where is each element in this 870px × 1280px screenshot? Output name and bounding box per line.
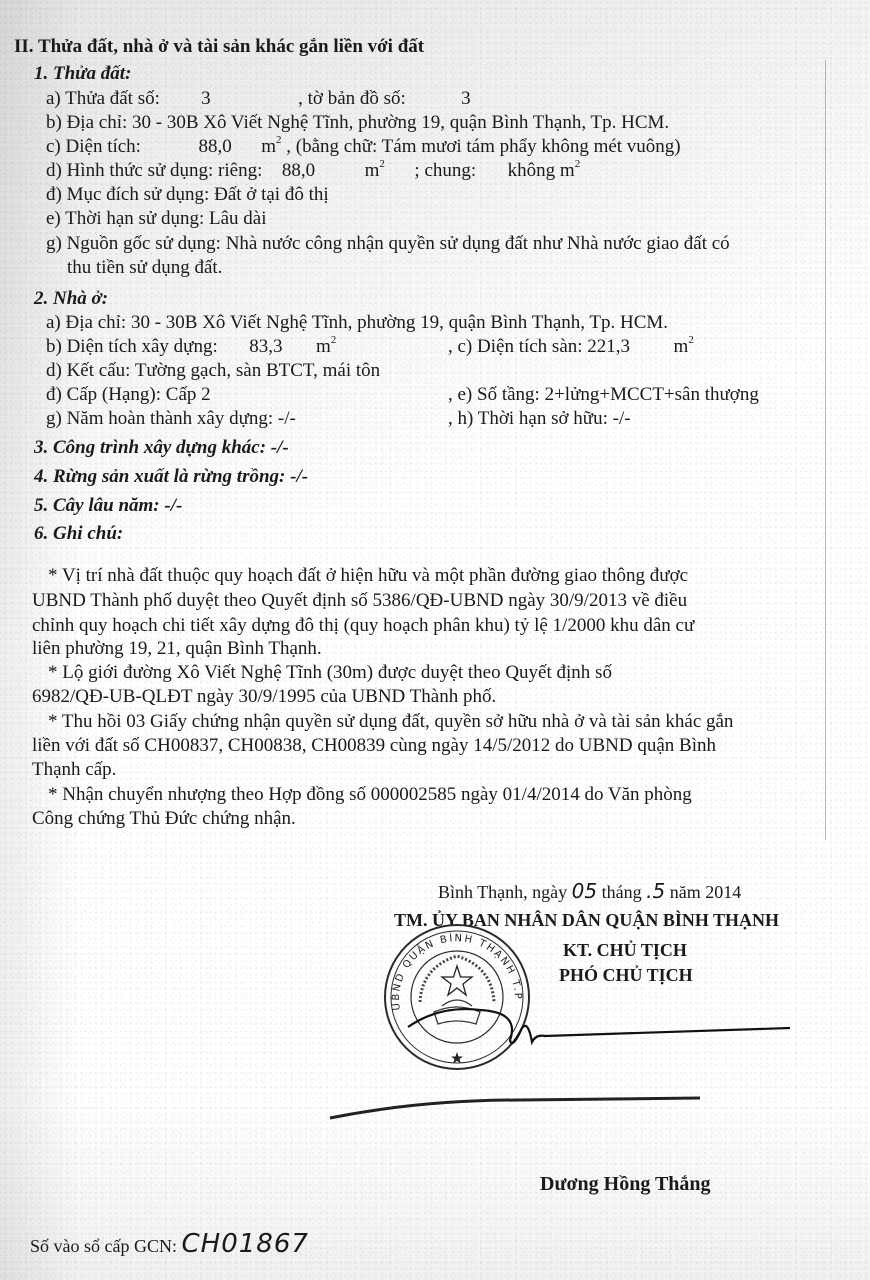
house-floor-area-label: , c) Diện tích sàn: bbox=[448, 336, 583, 357]
house-grade-label: đ) Cấp (Hạng): bbox=[46, 384, 161, 405]
land-address-row: b) Địa chỉ: 30 - 30B Xô Viết Nghệ Tĩnh, … bbox=[46, 112, 669, 134]
land-purpose-row: đ) Mục đích sử dụng: Đất ở tại đô thị bbox=[46, 184, 329, 206]
house-floor-area-unit: m bbox=[674, 336, 689, 357]
land-term-label: e) Thời hạn sử dụng: bbox=[46, 208, 204, 229]
land-area-value: 88,0 bbox=[146, 136, 232, 158]
note-line: * Lộ giới đường Xô Viết Nghệ Tĩnh (30m) … bbox=[48, 662, 612, 684]
land-parcel-label: a) Thửa đất số: bbox=[46, 88, 160, 109]
house-floors-value: 2+lửng+MCCT+sân thượng bbox=[545, 384, 759, 405]
forest-value: -/- bbox=[290, 466, 308, 487]
land-usage-form-label: d) Hình thức sử dụng: riêng: bbox=[46, 160, 262, 181]
registry-label: Số vào sổ cấp GCN: bbox=[30, 1236, 177, 1256]
note-line: chỉnh quy hoạch chi tiết xây dựng đô thị… bbox=[32, 615, 694, 637]
house-ownership-term-row: , h) Thời hạn sở hữu: -/- bbox=[448, 408, 631, 430]
house-completion-row: g) Năm hoàn thành xây dựng: -/- bbox=[46, 408, 296, 430]
house-build-area-label: b) Diện tích xây dựng: bbox=[46, 336, 218, 357]
perennial-row: 5. Cây lâu năm: -/- bbox=[34, 495, 182, 517]
house-floors-row: , e) Số tầng: 2+lửng+MCCT+sân thượng bbox=[448, 384, 759, 406]
house-floors-label: , e) Số tầng: bbox=[448, 384, 540, 405]
notes-heading: 6. Ghi chú: bbox=[34, 523, 123, 545]
perennial-value: -/- bbox=[164, 495, 182, 516]
house-ownership-term-value: -/- bbox=[613, 408, 631, 429]
land-purpose-value: Đất ở tại đô thị bbox=[214, 184, 329, 205]
date-month: .5 bbox=[646, 879, 665, 903]
house-structure-value: Tường gạch, sàn BTCT, mái tôn bbox=[135, 360, 380, 381]
signer-role-2: PHÓ CHỦ TỊCH bbox=[559, 964, 693, 986]
registry-row: Số vào sổ cấp GCN: CH01867 bbox=[30, 1233, 309, 1257]
note-line: * Vị trí nhà đất thuộc quy hoạch đất ở h… bbox=[48, 565, 688, 587]
note-line: liền với đất số CH00837, CH00838, CH0083… bbox=[32, 735, 716, 757]
date-day: 05 bbox=[572, 879, 597, 903]
land-private-unit: m bbox=[365, 160, 380, 181]
other-construction-value: -/- bbox=[271, 437, 289, 458]
forest-heading: 4. Rừng sản xuất là rừng trồng: bbox=[34, 466, 285, 487]
land-private-value: 88,0 bbox=[267, 160, 315, 182]
land-origin-value: Nhà nước công nhận quyền sử dụng đất như… bbox=[226, 233, 730, 254]
note-line: 6982/QĐ-UB-QLĐT ngày 30/9/1995 của UBND … bbox=[32, 686, 496, 708]
place-date: Bình Thạnh, ngày 05 tháng .5 năm 2014 bbox=[438, 880, 741, 903]
note-line: Công chứng Thủ Đức chứng nhận. bbox=[32, 808, 296, 830]
land-area-row: c) Diện tích: 88,0 m2 , (bằng chữ: Tám m… bbox=[46, 136, 681, 160]
land-address-label: b) Địa chỉ: bbox=[46, 112, 127, 133]
house-structure-label: d) Kết cấu: bbox=[46, 360, 130, 381]
house-grade-value: Cấp 2 bbox=[166, 384, 211, 405]
house-ownership-term-label: , h) Thời hạn sở hữu: bbox=[448, 408, 608, 429]
house-completion-label: g) Năm hoàn thành xây dựng: bbox=[46, 408, 273, 429]
house-build-area-unit: m bbox=[316, 336, 331, 357]
land-shared-value: không bbox=[508, 160, 556, 181]
land-origin-label: g) Nguồn gốc sử dụng: bbox=[46, 233, 221, 254]
land-map-value: 3 bbox=[411, 88, 471, 110]
land-shared-label: ; chung: bbox=[414, 160, 476, 181]
land-parcel-row: a) Thửa đất số: 3 , tờ bản đồ số: 3 bbox=[46, 88, 471, 110]
house-build-area-row: b) Diện tích xây dựng: 83,3 m2 bbox=[46, 336, 336, 360]
registry-number: CH01867 bbox=[182, 1229, 309, 1259]
forest-row: 4. Rừng sản xuất là rừng trồng: -/- bbox=[34, 466, 308, 488]
month-label: tháng bbox=[602, 882, 642, 902]
land-term-value: Lâu dài bbox=[209, 208, 267, 229]
note-line: * Thu hồi 03 Giấy chứng nhận quyền sử dụ… bbox=[48, 711, 733, 733]
land-usage-form-row: d) Hình thức sử dụng: riêng: 88,0 m2 ; c… bbox=[46, 160, 580, 184]
land-origin-continued: thu tiền sử dụng đất. bbox=[67, 257, 222, 279]
land-purpose-label: đ) Mục đích sử dụng: bbox=[46, 184, 209, 205]
svg-text:UBND QUẬN BÌNH THẠNH T.P HỒ CH: UBND QUẬN BÌNH THẠNH T.P HỒ CHÍ MINH bbox=[382, 922, 523, 1011]
house-completion-value: -/- bbox=[278, 408, 296, 429]
land-term-row: e) Thời hạn sử dụng: Lâu dài bbox=[46, 208, 267, 230]
section-title: II. Thửa đất, nhà ở và tài sản khác gắn … bbox=[14, 36, 424, 58]
land-origin-row: g) Nguồn gốc sử dụng: Nhà nước công nhận… bbox=[46, 233, 730, 255]
land-parcel-value: 3 bbox=[165, 88, 211, 110]
signer-name: Dương Hồng Thắng bbox=[540, 1173, 711, 1195]
land-area-unit: m bbox=[261, 136, 276, 157]
land-area-words: , (bằng chữ: Tám mươi tám phẩy không mét… bbox=[286, 136, 680, 157]
land-shared-unit: m bbox=[560, 160, 575, 181]
official-seal-icon: UBND QUẬN BÌNH THẠNH T.P HỒ CHÍ MINH bbox=[382, 922, 532, 1072]
place-date-prefix: Bình Thạnh, ngày bbox=[438, 882, 567, 902]
year-label: năm 2014 bbox=[670, 882, 742, 902]
other-construction-heading: 3. Công trình xây dựng khác: bbox=[34, 437, 266, 458]
house-structure-row: d) Kết cấu: Tường gạch, sàn BTCT, mái tô… bbox=[46, 360, 380, 382]
house-address-value: 30 - 30B Xô Viết Nghệ Tĩnh, phường 19, q… bbox=[131, 312, 668, 333]
other-construction-row: 3. Công trình xây dựng khác: -/- bbox=[34, 437, 289, 459]
note-line: UBND Thành phố duyệt theo Quyết định số … bbox=[32, 590, 687, 612]
margin-rule bbox=[825, 60, 826, 840]
note-line: liên phường 19, 21, quận Bình Thạnh. bbox=[32, 638, 322, 660]
house-build-area-value: 83,3 bbox=[223, 336, 283, 358]
house-address-row: a) Địa chỉ: 30 - 30B Xô Viết Nghệ Tĩnh, … bbox=[46, 312, 668, 334]
land-heading: 1. Thửa đất: bbox=[34, 63, 131, 85]
note-line: Thạnh cấp. bbox=[32, 759, 116, 781]
perennial-heading: 5. Cây lâu năm: bbox=[34, 495, 160, 516]
land-map-label: , tờ bản đồ số: bbox=[298, 88, 406, 109]
land-area-label: c) Diện tích: bbox=[46, 136, 141, 157]
house-heading: 2. Nhà ở: bbox=[34, 288, 108, 310]
house-address-label: a) Địa chỉ: bbox=[46, 312, 126, 333]
land-address-value: 30 - 30B Xô Viết Nghệ Tĩnh, phường 19, q… bbox=[132, 112, 669, 133]
house-floor-area-value: 221,3 bbox=[587, 336, 630, 357]
note-line: * Nhận chuyển nhượng theo Hợp đồng số 00… bbox=[48, 784, 692, 806]
signer-role-1: KT. CHỦ TỊCH bbox=[563, 939, 687, 961]
house-grade-row: đ) Cấp (Hạng): Cấp 2 bbox=[46, 384, 211, 406]
house-floor-area-row: , c) Diện tích sàn: 221,3 m2 bbox=[448, 336, 694, 360]
